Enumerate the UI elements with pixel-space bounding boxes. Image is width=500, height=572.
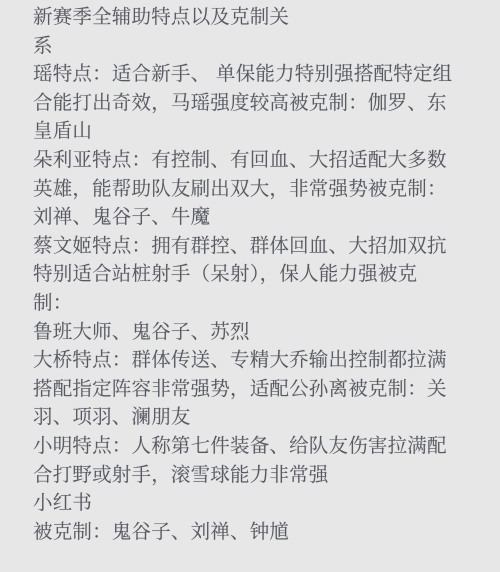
text-line: 刘禅、鬼谷子、牛魔 — [33, 203, 476, 232]
section-hero-daqiao: 大桥特点：群体传送、专精大乔输出控制都拉满 搭配指定阵容非常强势，适配公孙离被克… — [33, 346, 476, 432]
title-line: 新赛季全辅助特点以及克制关 — [33, 3, 476, 32]
text-line: 合打野或射手，滚雪球能力非常强 — [33, 461, 476, 490]
text-line: 瑶特点：适合新手、 单保能力特别强搭配特定组 — [33, 60, 476, 89]
text-line: 小明特点：人称第七件装备、给队友伤害拉满配 — [33, 432, 476, 461]
text-line: 皇盾山 — [33, 117, 476, 146]
section-xiaohongshu: 小红书 被克制：鬼谷子、刘禅、钟馗 — [33, 489, 476, 546]
text-line: 英雄，能帮助队友刷出双大，非常强势被克制： — [33, 175, 476, 204]
text-line: 被克制：鬼谷子、刘禅、钟馗 — [33, 518, 476, 547]
note-text: 新赛季全辅助特点以及克制关 系 瑶特点：适合新手、 单保能力特别强搭配特定组 合… — [0, 0, 500, 546]
text-line: 大桥特点：群体传送、专精大乔输出控制都拉满 — [33, 346, 476, 375]
section-hero-xiaoming: 小明特点：人称第七件装备、给队友伤害拉满配 合打野或射手，滚雪球能力非常强 — [33, 432, 476, 489]
section-hero-yao: 瑶特点：适合新手、 单保能力特别强搭配特定组 合能打出奇效，马瑶强度较高被克制：… — [33, 60, 476, 146]
text-line: 合能打出奇效，马瑶强度较高被克制：伽罗、东 — [33, 89, 476, 118]
section-hero-duoliya: 朵利亚特点：有控制、有回血、大招适配大多数 英雄，能帮助队友刷出双大，非常强势被… — [33, 146, 476, 232]
note-page: 新赛季全辅助特点以及克制关 系 瑶特点：适合新手、 单保能力特别强搭配特定组 合… — [0, 0, 500, 572]
text-line: 小红书 — [33, 489, 476, 518]
text-line: 朵利亚特点：有控制、有回血、大招适配大多数 — [33, 146, 476, 175]
text-line: 制： — [33, 289, 476, 318]
section-title: 新赛季全辅助特点以及克制关 系 — [33, 3, 476, 60]
title-line: 系 — [33, 32, 476, 61]
text-line: 特别适合站桩射手（呆射），保人能力强被克 — [33, 260, 476, 289]
text-line: 蔡文姬特点：拥有群控、群体回血、大招加双抗 — [33, 232, 476, 261]
section-hero-caiwenji: 蔡文姬特点：拥有群控、群体回血、大招加双抗 特别适合站桩射手（呆射），保人能力强… — [33, 232, 476, 346]
text-line: 羽、项羽、澜朋友 — [33, 403, 476, 432]
text-line: 鲁班大师、鬼谷子、苏烈 — [33, 318, 476, 347]
text-line: 搭配指定阵容非常强势，适配公孙离被克制：关 — [33, 375, 476, 404]
